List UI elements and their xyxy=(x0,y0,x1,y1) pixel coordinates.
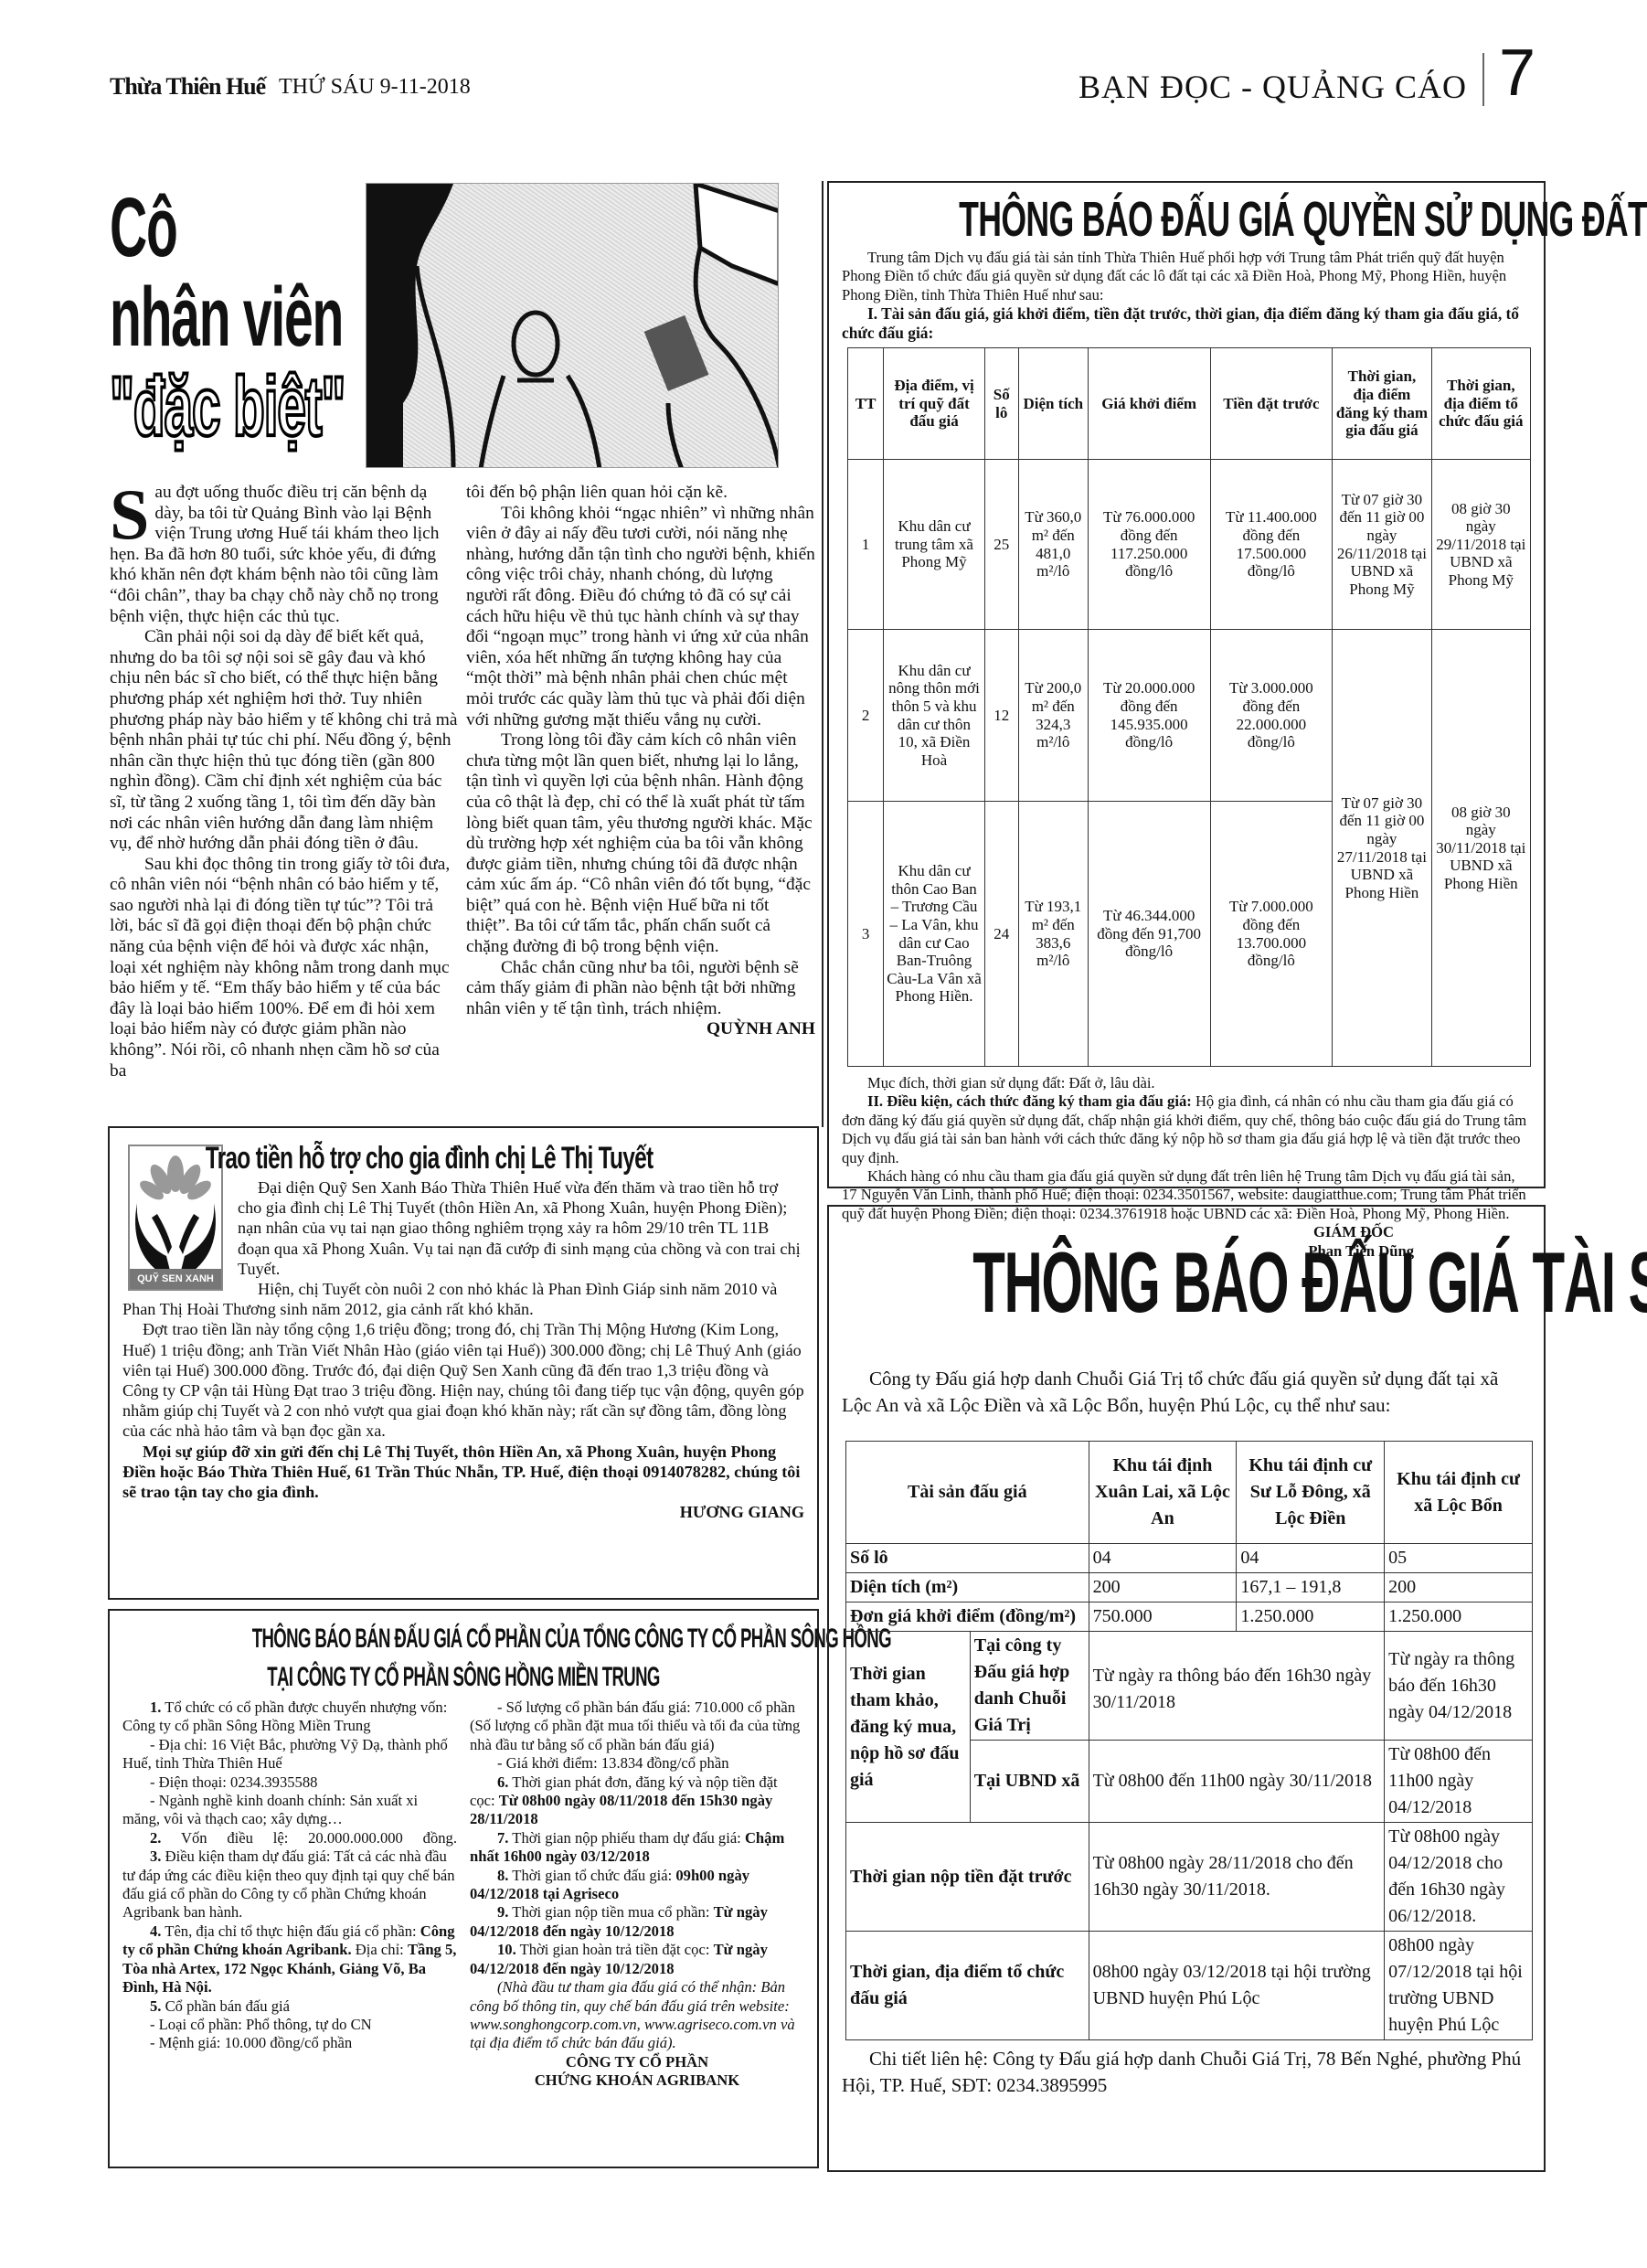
drop-cap: S xyxy=(110,486,149,543)
table-row: Thời gian nộp tiền đặt trước Từ 08h00 ng… xyxy=(846,1823,1533,1932)
land-auction-intro: Trung tâm Dịch vụ đấu giá tài sản tỉnh T… xyxy=(842,249,1531,304)
sen-xanh-byline: HƯƠNG GIANG xyxy=(122,1502,804,1522)
asset-auction-contact: Chi tiết liên hệ: Công ty Đấu giá hợp da… xyxy=(842,2046,1531,2099)
article-byline: QUỲNH ANH xyxy=(466,1019,815,1040)
sen-xanh-paragraph: Đại diện Quỹ Sen Xanh Báo Thừa Thiên Huế… xyxy=(122,1177,804,1279)
notice-item: 6. Thời gian phát đơn, đăng ký và nộp ti… xyxy=(470,1773,804,1829)
land-auction-table: TT Địa điểm, vị trí quỹ đất đấu giá Số l… xyxy=(847,347,1531,1067)
notice-item: - Mệnh giá: 10.000 đồng/cổ phần xyxy=(122,2034,457,2052)
sen-xanh-body: Đại diện Quỹ Sen Xanh Báo Thừa Thiên Huế… xyxy=(122,1177,804,1522)
article-paragraph: Chắc chắn cũng như ba tôi, người bệnh sẽ… xyxy=(466,958,815,1020)
issue-date: THỨ SÁU 9-11-2018 xyxy=(279,75,471,100)
table-header-row: Tài sản đấu giá Khu tái định Xuân Lai, x… xyxy=(846,1442,1533,1544)
notice-item: 2. Vốn điều lệ: 20.000.000.000 đồng. xyxy=(122,1829,457,1847)
article-title: Cô nhân viên "đặc biệt" xyxy=(110,183,338,452)
article-paragraph: Sau khi đọc thông tin trong giấy tờ tôi … xyxy=(110,855,459,1082)
land-auction-notice: THÔNG BÁO ĐẤU GIÁ QUYỀN SỬ DỤNG ĐẤT Trun… xyxy=(827,181,1546,1188)
table-row: Số lô 04 04 05 xyxy=(846,1544,1533,1573)
notice-item: 3. Điều kiện tham dự đấu giá: Tất cả các… xyxy=(122,1847,457,1922)
header-divider xyxy=(1482,53,1484,106)
notice-note: (Nhà đầu tư tham gia đấu giá có thể nhận… xyxy=(470,1978,804,2053)
sen-xanh-paragraph: Đợt trao tiền lần này tổng cộng 1,6 triệ… xyxy=(122,1319,804,1441)
notice-item: 4. Tên, địa chỉ tổ thực hiện đấu giá cổ … xyxy=(122,1922,457,1997)
article-paragraph: Tôi không khỏi “ngạc nhiên” vì những nhâ… xyxy=(466,504,815,731)
signatory-line-2: CHỨNG KHOÁN AGRIBANK xyxy=(470,2071,804,2090)
notice-item: - Điện thoại: 0234.3935588 xyxy=(122,1773,457,1792)
article-title-line-2: nhân viên xyxy=(110,272,251,362)
illustration-icon xyxy=(367,184,779,468)
asset-auction-title: THÔNG BÁO ĐẤU GIÁ TÀI SẢN xyxy=(972,1232,1399,1333)
column-rule xyxy=(822,181,823,1127)
asset-auction-intro: Công ty Đấu giá hợp danh Chuỗi Giá Trị t… xyxy=(842,1366,1531,1419)
sen-xanh-title: Trao tiền hỗ trợ cho gia đình chị Lê Thị… xyxy=(122,1141,613,1177)
article-paragraph: Trong lòng tôi đầy cảm kích cô nhân viên… xyxy=(466,730,815,958)
notice-item: 8. Thời gian tổ chức đấu giá: 09h00 ngày… xyxy=(470,1867,804,1904)
article-column-1: Sau đợt uống thuốc điều trị căn bệnh dạ … xyxy=(110,483,459,1081)
table-row: Thời gian, địa điểm tổ chức đấu giá 08h0… xyxy=(846,1932,1533,2040)
article-title-line-3: "đặc biệt" xyxy=(110,362,251,452)
article-illustration xyxy=(366,183,779,468)
song-hong-title-line-2: TẠI CÔNG TY CỔ PHẦN SÔNG HỒNG MIỀN TRUNG xyxy=(252,1658,675,1697)
notice-item: - Địa chỉ: 16 Việt Bắc, phường Vỹ Dạ, th… xyxy=(122,1736,457,1773)
table-row: 1 Khu dân cư trung tâm xã Phong Mỹ 25 Từ… xyxy=(848,460,1531,630)
notice-item: - Số lượng cổ phần bán đấu giá: 710.000 … xyxy=(470,1698,804,1754)
sen-xanh-notice: QUỸ SEN XANH Trao tiền hỗ trợ cho gia đì… xyxy=(108,1126,819,1600)
sen-xanh-paragraph: Hiện, chị Tuyết còn nuôi 2 con nhỏ khác … xyxy=(122,1279,804,1319)
notice-item: - Ngành nghề kinh doanh chính: Sản xuất … xyxy=(122,1792,457,1829)
article-title-line-1: Cô xyxy=(110,183,251,272)
notice-item: - Giá khởi điểm: 13.834 đồng/cổ phần xyxy=(470,1754,804,1773)
notice-item: 10. Thời gian hoàn trả tiền đặt cọc: Từ … xyxy=(470,1941,804,1978)
asset-auction-table: Tài sản đấu giá Khu tái định Xuân Lai, x… xyxy=(845,1441,1533,2040)
section-title: BẠN ĐỌC - QUẢNG CÁO xyxy=(1079,68,1467,106)
song-hong-column-1: 1. Tổ chức có cổ phần được chuyển nhượng… xyxy=(122,1698,457,2091)
article-paragraph: Cần phải nội soi dạ dày để biết kết quả,… xyxy=(110,627,459,855)
notice-item: 1. Tổ chức có cổ phần được chuyển nhượng… xyxy=(122,1698,457,1736)
land-auction-section-1: I. Tài sản đấu giá, giá khởi điểm, tiền … xyxy=(842,304,1531,342)
land-auction-title: THÔNG BÁO ĐẤU GIÁ QUYỀN SỬ DỤNG ĐẤT xyxy=(959,190,1414,249)
table-row: Diện tích (m²) 200 167,1 – 191,8 200 xyxy=(846,1573,1533,1603)
land-section-2: II. Điều kiện, cách thức đăng ký tham gi… xyxy=(842,1092,1531,1167)
sen-xanh-logo-label: QUỸ SEN XANH xyxy=(130,1269,221,1289)
table-header-row: TT Địa điểm, vị trí quỹ đất đấu giá Số l… xyxy=(848,348,1531,460)
notice-item: 7. Thời gian nộp phiếu tham dự đấu giá: … xyxy=(470,1829,804,1867)
notice-item: 9. Thời gian nộp tiền mua cổ phần: Từ ng… xyxy=(470,1903,804,1941)
song-hong-column-2: - Số lượng cổ phần bán đấu giá: 710.000 … xyxy=(470,1698,804,2091)
table-row: Đơn giá khởi điểm (đồng/m²) 750.000 1.25… xyxy=(846,1603,1533,1632)
asset-auction-notice: THÔNG BÁO ĐẤU GIÁ TÀI SẢN Công ty Đấu gi… xyxy=(827,1205,1546,2172)
notice-item: - Loại cổ phần: Phổ thông, tự do CN xyxy=(122,2016,457,2034)
signatory-line-1: CÔNG TY CỔ PHẦN xyxy=(470,2053,804,2071)
land-purpose: Mục đích, thời gian sử dụng đất: Đất ở, … xyxy=(842,1074,1531,1092)
newspaper-name: Thừa Thiên Huế xyxy=(110,73,265,101)
song-hong-title-line-1: THÔNG BÁO BÁN ĐẤU GIÁ CỔ PHẦN CỦA TỔNG C… xyxy=(252,1620,675,1658)
table-row: 2 Khu dân cư nông thôn mới thôn 5 và khu… xyxy=(848,630,1531,802)
notice-item: 5. Cổ phần bán đấu giá xyxy=(122,1997,457,2016)
article-paragraph: tôi đến bộ phận liên quan hỏi cặn kẽ. xyxy=(466,483,815,504)
page-number: 7 xyxy=(1499,40,1535,106)
table-row: Thời gian tham khảo, đăng ký mua, nộp hồ… xyxy=(846,1632,1533,1741)
sen-xanh-contact: Mọi sự giúp đỡ xin gửi đến chị Lê Thị Tu… xyxy=(122,1442,804,1503)
article-paragraph: Sau đợt uống thuốc điều trị căn bệnh dạ … xyxy=(110,483,459,627)
article-column-2: tôi đến bộ phận liên quan hỏi cặn kẽ. Tô… xyxy=(466,483,815,1040)
song-hong-notice: THÔNG BÁO BÁN ĐẤU GIÁ CỔ PHẦN CỦA TỔNG C… xyxy=(108,1609,819,2168)
